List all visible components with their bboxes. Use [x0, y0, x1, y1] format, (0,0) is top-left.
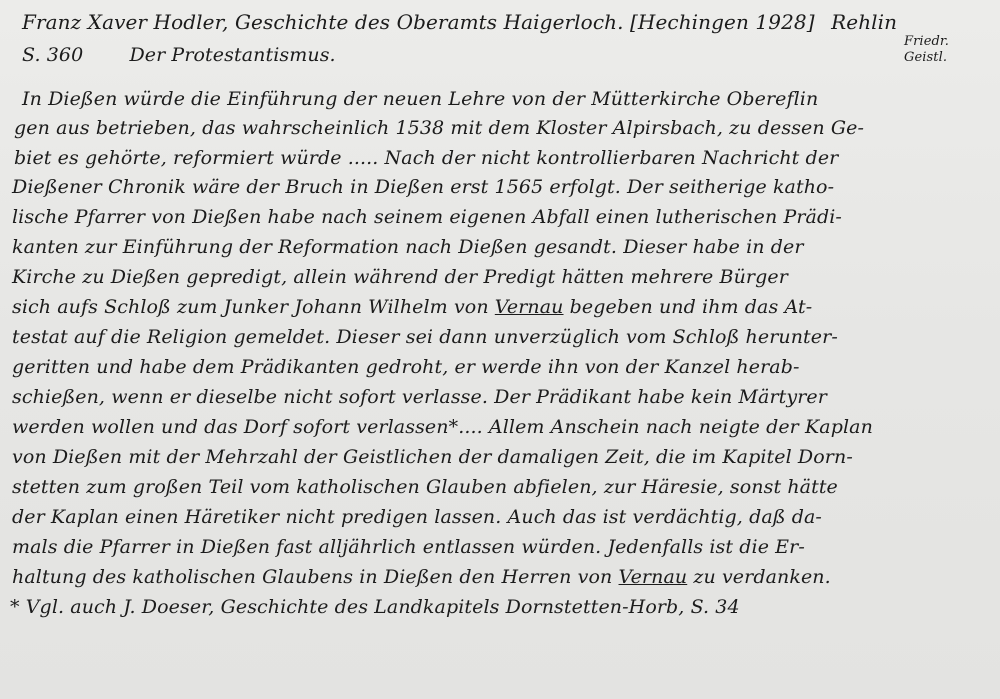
body-line-8-text: sich aufs Schloß zum Junker Johann Wilhe… [12, 296, 495, 318]
underlined-name: Vernau [495, 296, 564, 318]
author-note-sub1: Friedr. [904, 34, 949, 49]
section-title: Der Protestantismus. [129, 44, 335, 66]
body-line-15: der Kaplan einen Häretiker nicht predige… [12, 506, 822, 528]
author-note-sub2: Geistl. [904, 50, 947, 65]
body-line-8: sich aufs Schloß zum Junker Johann Wilhe… [12, 296, 812, 318]
body-line-10: geritten und habe dem Prädikanten gedroh… [12, 356, 800, 378]
body-line-9: testat auf die Religion gemeldet. Dieser… [12, 326, 838, 348]
citation-line: Franz Xaver Hodler, Geschichte des Obera… [22, 10, 897, 34]
body-line-16: mals die Pfarrer in Dießen fast alljährl… [12, 536, 805, 558]
body-line-13: von Dießen mit der Mehrzahl der Geistlic… [12, 446, 853, 468]
page-reference: S. 360 [22, 44, 83, 66]
body-line-8-tail: begeben und ihm das At- [564, 296, 813, 318]
body-line-5: lische Pfarrer von Dießen habe nach sein… [12, 206, 842, 228]
citation: Franz Xaver Hodler, Geschichte des Obera… [22, 10, 815, 34]
body-line-7: Kirche zu Dießen gepredigt, allein währe… [12, 266, 788, 288]
section-heading: S. 360 Der Protestantismus. [22, 44, 336, 66]
body-line-1: In Dießen würde die Einführung der neuen… [22, 88, 818, 110]
body-line-11: schießen, wenn er dieselbe nicht sofort … [12, 386, 827, 408]
footnote: * Vgl. auch J. Doeser, Geschichte des La… [10, 596, 740, 618]
author-note: Rehlin [831, 10, 897, 34]
body-line-17: haltung des katholischen Glaubens in Die… [12, 566, 831, 588]
body-line-3: biet es gehörte, reformiert würde ..... … [14, 147, 838, 169]
body-line-17-tail: zu verdanken. [687, 566, 831, 588]
body-line-4: Dießener Chronik wäre der Bruch in Dieße… [12, 176, 834, 198]
body-line-6: kanten zur Einführung der Reformation na… [12, 236, 804, 258]
body-line-14: stetten zum großen Teil vom katholischen… [12, 476, 838, 498]
handwritten-document-page: Franz Xaver Hodler, Geschichte des Obera… [0, 0, 1000, 699]
underlined-name-2: Vernau [619, 566, 688, 588]
body-line-12: werden wollen und das Dorf sofort verlas… [12, 416, 873, 438]
body-line-2: gen aus betrieben, das wahrscheinlich 15… [14, 117, 864, 139]
body-line-17-text: haltung des katholischen Glaubens in Die… [12, 566, 619, 588]
